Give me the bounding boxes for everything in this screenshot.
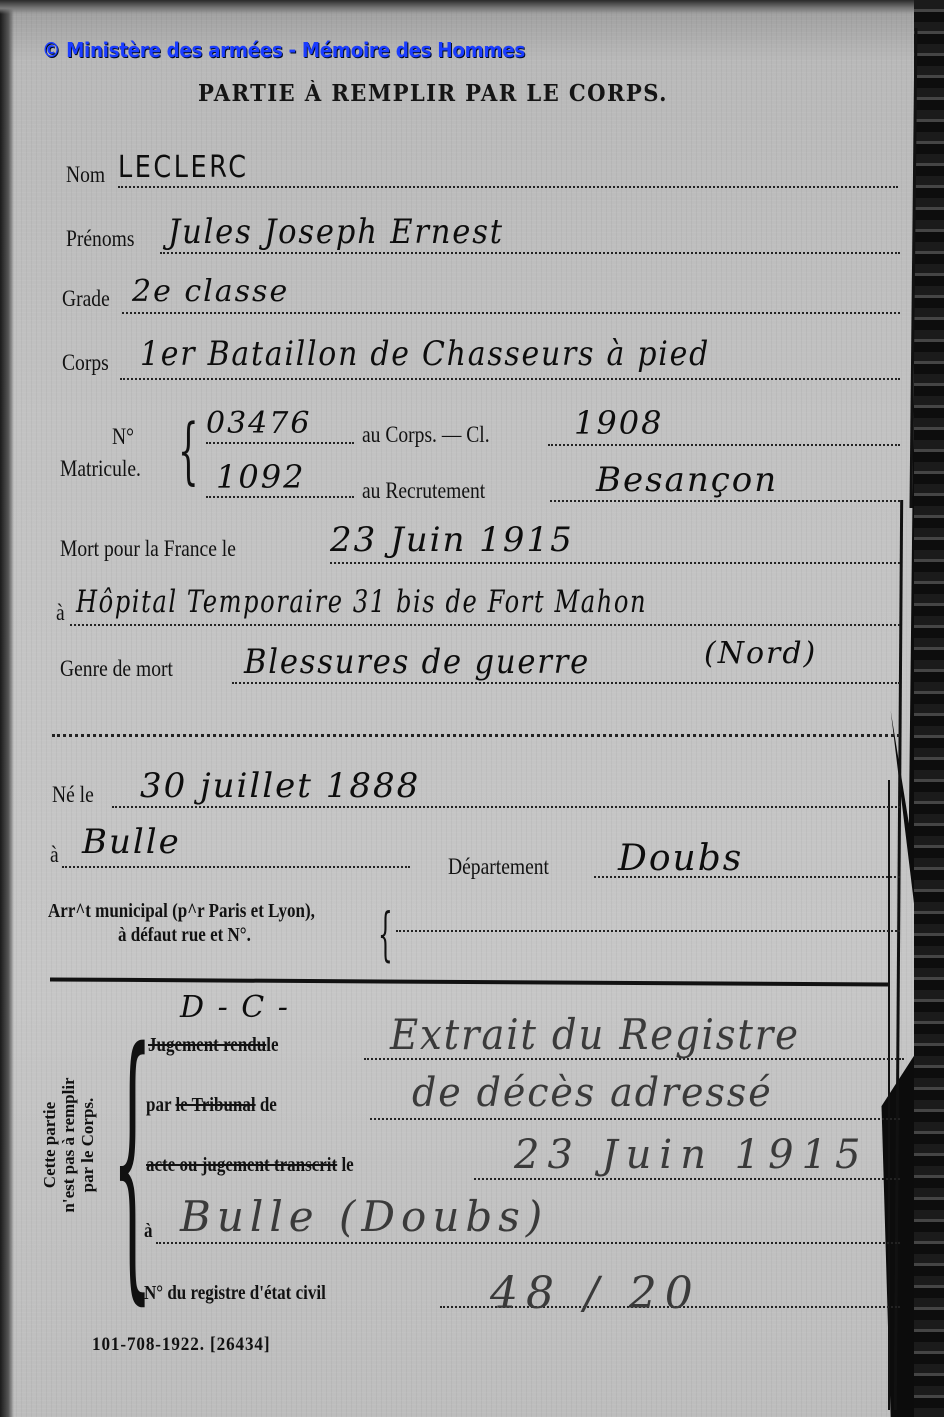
arrondissement-brace: {: [378, 900, 393, 968]
nom-label: Nom: [66, 162, 105, 188]
lieu-jugement-dotted-line: [156, 1242, 900, 1244]
nom-value: LECLERC: [118, 150, 249, 185]
scan-edge-left: [0, 0, 14, 1417]
matricule-label: Matricule.: [60, 456, 141, 482]
lieu-jugement-label: à: [144, 1220, 153, 1243]
mort-label: Mort pour la France le: [60, 536, 236, 562]
prenoms-label: Prénoms: [66, 226, 134, 252]
jugement-value: Extrait du Registre: [390, 1010, 800, 1059]
naissance-value: 30 juillet 1888: [140, 766, 420, 806]
tribunal-label: par le Tribunal de: [146, 1094, 277, 1117]
mort-value: 23 Juin 1915: [330, 520, 574, 560]
blank-dotted-line: [52, 734, 900, 737]
recrutement-number-dotted-line: [206, 496, 354, 498]
jugement-label-struck: Jugement rendu: [148, 1034, 266, 1056]
registre-value: 48 / 20: [490, 1268, 701, 1319]
tribunal-label-struck: le Tribunal: [175, 1094, 255, 1116]
torn-right-edge: [914, 0, 944, 1417]
lieu-mort-annotation: (Nord): [704, 636, 817, 671]
arrondissement-label-line2: à défaut rue et N°.: [118, 924, 251, 947]
grade-dotted-line: [122, 312, 900, 314]
lieu-naissance-dotted-line: [62, 866, 410, 868]
lieu-naissance-value: Bulle: [82, 822, 181, 862]
departement-value: Doubs: [618, 838, 743, 879]
corps-label: Corps: [62, 350, 109, 376]
corps-number-label: au Corps. — Cl.: [362, 422, 490, 448]
matricule-brace: {: [178, 408, 199, 492]
recrutement-label: au Recrutement: [362, 478, 485, 504]
corps-dotted-line: [120, 378, 900, 380]
corps-number-value: 03476: [206, 406, 311, 441]
jugement-label: Jugement rendule: [148, 1034, 279, 1057]
naissance-dotted-line: [112, 806, 900, 808]
transcrit-label: acte ou jugement transcrit le: [146, 1154, 354, 1177]
transcrit-dotted-line: [474, 1178, 900, 1180]
registre-label: N° du registre d'état civil: [144, 1282, 326, 1305]
arrondissement-dotted-line: [396, 930, 900, 932]
classe-dotted-line: [548, 444, 900, 446]
copyright-watermark: © Ministère des armées - Mémoire des Hom…: [42, 38, 525, 62]
genre-mort-value: Blessures de guerre: [244, 642, 590, 682]
scan-edge-top: [0, 0, 944, 14]
tribunal-value: de décès adressé: [412, 1070, 773, 1116]
tribunal-dotted-line: [370, 1118, 900, 1120]
recrutement-number-value: 1092: [216, 458, 305, 496]
naissance-label: Né le: [52, 782, 94, 808]
classe-value: 1908: [574, 404, 663, 442]
lieu-jugement-value: Bulle (Doubs): [180, 1192, 548, 1241]
corps-value: 1er Bataillon de Chasseurs à pied: [140, 334, 710, 374]
grade-value: 2e classe: [132, 274, 289, 309]
genre-mort-dotted-line: [232, 682, 900, 684]
margin-note: D - C -: [180, 990, 290, 1025]
lieu-mort-value: Hôpital Temporaire 31 bis de Fort Mahon: [76, 584, 647, 620]
arrondissement-label-line1: Arr^t municipal (p^r Paris et Lyon),: [48, 900, 315, 923]
lieu-naissance-label: à: [50, 842, 59, 868]
page-title: PARTIE À REMPLIR PAR LE CORPS.: [198, 80, 668, 107]
prenoms-value: Jules Joseph Ernest: [168, 212, 504, 252]
grade-label: Grade: [62, 286, 110, 312]
nom-dotted-line: [118, 186, 898, 188]
prenoms-dotted-line: [160, 252, 900, 254]
print-code: 101-708-1922. [26434]: [92, 1334, 270, 1356]
recrutement-dotted-line: [550, 500, 900, 502]
transcrit-value: 23 Juin 1915: [514, 1132, 868, 1178]
lieu-mort-label: à: [56, 600, 65, 626]
matricule-label-no: N°: [112, 424, 134, 450]
transcrit-label-struck: acte ou jugement transcrit: [146, 1154, 337, 1176]
mort-dotted-line: [330, 562, 900, 564]
genre-mort-label: Genre de mort: [60, 656, 173, 682]
lieu-mort-dotted-line: [70, 624, 900, 626]
side-note: Cette partie n'est pas à remplir par le …: [40, 1050, 97, 1240]
recrutement-place-value: Besançon: [596, 460, 778, 500]
corps-number-dotted-line: [206, 442, 354, 444]
right-border-rule-inner: [888, 780, 890, 1410]
departement-label: Département: [448, 854, 549, 880]
jugement-label-rest: le: [266, 1034, 278, 1056]
